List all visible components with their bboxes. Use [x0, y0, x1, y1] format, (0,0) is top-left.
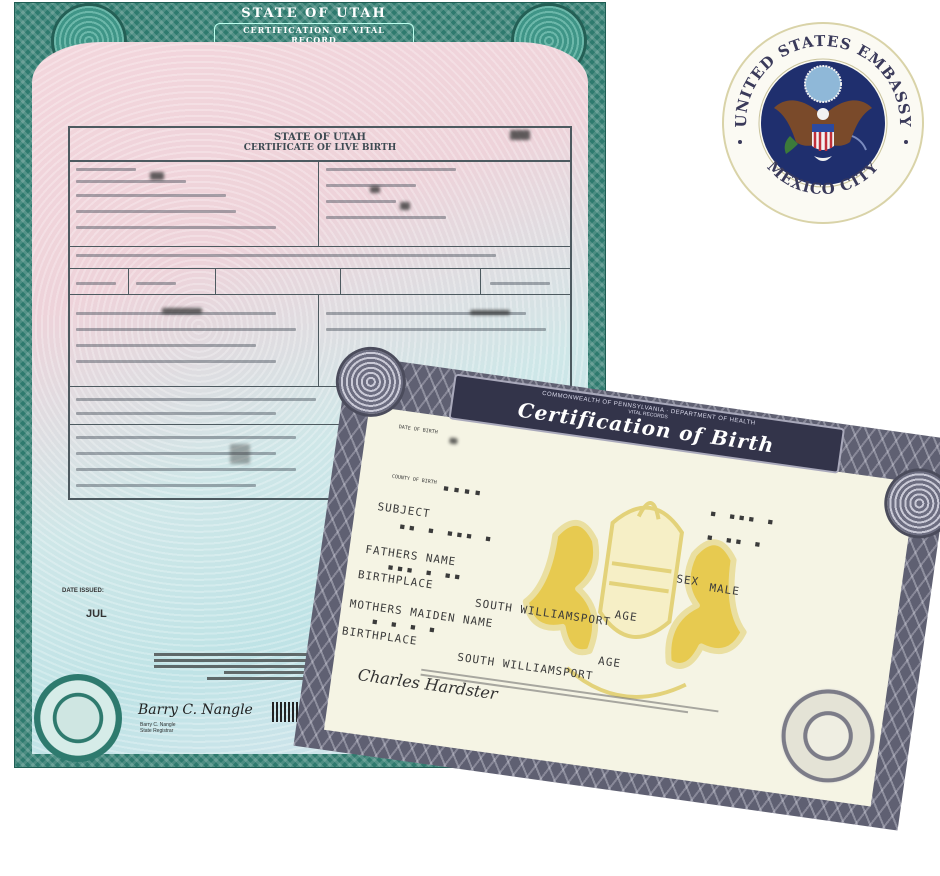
form-title-line2: CERTIFICATE OF LIVE BIRTH	[220, 143, 420, 153]
form-column-divider	[340, 268, 341, 294]
pennsylvania-birth-certificate: COMMONWEALTH OF PENNSYLVANIA · DEPARTMEN…	[293, 354, 940, 830]
utah-state-seal-icon	[34, 674, 122, 762]
embassy-seal-icon: UNITED STATES EMBASSY MEXICO CITY	[724, 24, 922, 222]
form-field-text	[326, 328, 546, 331]
form-field-text	[76, 328, 296, 331]
form-divider	[70, 160, 570, 162]
form-title: STATE OF UTAH CERTIFICATE OF LIVE BIRTH	[220, 132, 420, 153]
redaction-blot	[400, 202, 410, 210]
date-issued-value: JUL	[86, 608, 107, 620]
form-field-text	[76, 360, 276, 363]
redaction-blot	[150, 172, 164, 180]
form-field-text	[76, 412, 276, 415]
us-embassy-seal: UNITED STATES EMBASSY MEXICO CITY	[724, 24, 922, 222]
redaction-blot	[510, 130, 530, 140]
redaction-blot	[370, 186, 380, 193]
registrar-name: Barry C. Nangle State Registrar	[140, 722, 176, 734]
form-divider	[70, 294, 570, 295]
form-column-divider	[128, 268, 129, 294]
form-column-divider	[318, 294, 319, 386]
form-field-text	[76, 180, 186, 183]
registrar-signature: Barry C. Nangle	[138, 702, 253, 718]
redaction-blot	[230, 444, 250, 464]
form-field-text	[76, 210, 236, 213]
form-field-text	[76, 468, 296, 471]
form-column-divider	[480, 268, 481, 294]
redaction-blot	[470, 310, 510, 315]
form-title-line1: STATE OF UTAH	[220, 132, 420, 143]
form-field-text	[326, 200, 396, 203]
utah-header: STATE OF UTAH CERTIFICATION OF VITAL REC…	[214, 6, 414, 47]
date-issued-label: DATE ISSUED:	[62, 588, 104, 594]
form-column-divider	[215, 268, 216, 294]
form-field-text	[326, 216, 446, 219]
form-field-text	[76, 226, 276, 229]
form-field-text	[76, 398, 316, 401]
form-field-text	[76, 254, 496, 257]
form-field-text	[76, 194, 226, 197]
utah-header-title: STATE OF UTAH	[214, 6, 414, 21]
redaction-blot	[162, 308, 202, 314]
form-field-text	[136, 282, 176, 285]
form-field-text	[76, 168, 136, 171]
form-field-text	[326, 168, 456, 171]
form-field-text	[76, 484, 256, 487]
form-divider	[70, 268, 570, 269]
registrar-title-text: State Registrar	[140, 728, 176, 734]
form-field-text	[76, 344, 256, 347]
form-field-text	[76, 436, 296, 439]
form-field-text	[76, 282, 116, 285]
form-divider	[70, 246, 570, 247]
redaction-blot	[449, 437, 458, 444]
form-column-divider	[318, 160, 319, 246]
form-field-text	[490, 282, 550, 285]
